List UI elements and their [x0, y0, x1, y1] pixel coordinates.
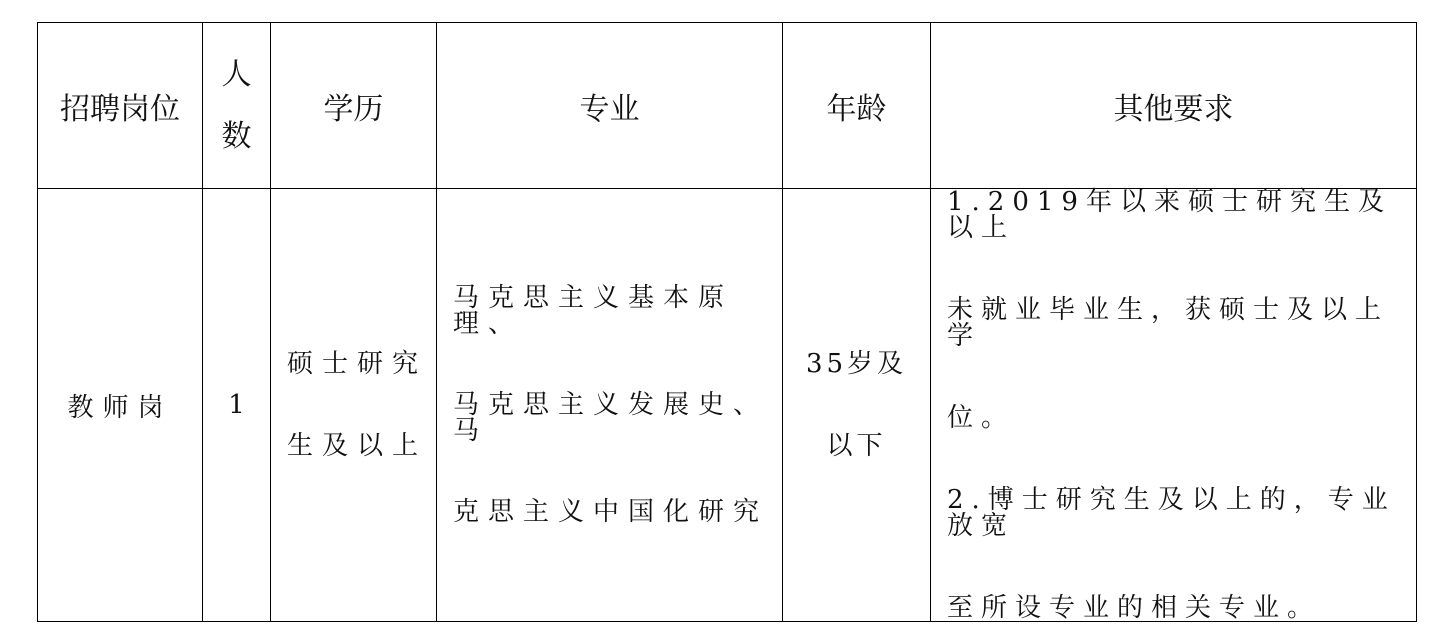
major-line: 马克思主义基本原理、	[453, 285, 782, 337]
major-line: 克思主义中国化研究	[453, 499, 768, 525]
requirement-line: 1.2019年以来硕士研究生及以上	[947, 189, 1416, 241]
header-other: 其他要求	[931, 23, 1417, 189]
cell-age: 35岁及 以下	[783, 189, 931, 622]
major-line: 马克思主义发展史、马	[453, 392, 782, 444]
table-header-row: 招聘岗位 人 数 学历 专业 年龄 其他要求	[38, 23, 1417, 189]
header-count-char: 数	[222, 122, 252, 152]
table-row: 教师岗 1 硕士研究 生及以上 马克思主义基本原理、 马克思主义发展史、马 克思…	[38, 189, 1417, 622]
requirement-line: 至所设专业的相关专业。	[947, 595, 1321, 621]
header-count-char: 人	[222, 60, 252, 90]
education-line: 硕士研究	[287, 351, 427, 377]
requirement-line: 位。	[947, 405, 1015, 431]
age-line: 以下	[826, 433, 886, 459]
header-major: 专业	[437, 23, 783, 189]
cell-other-requirements: 1.2019年以来硕士研究生及以上 未就业毕业生，获硕士及以上学 位。 2.博士…	[931, 189, 1417, 622]
header-count: 人 数	[203, 23, 271, 189]
cell-count: 1	[203, 189, 271, 622]
header-position: 招聘岗位	[38, 23, 203, 189]
cell-position: 教师岗	[38, 189, 203, 622]
requirement-line: 未就业毕业生，获硕士及以上学	[947, 297, 1416, 349]
requirement-line: 2.博士研究生及以上的，专业放宽	[947, 487, 1416, 539]
age-line: 35岁及	[806, 351, 907, 377]
header-education: 学历	[271, 23, 437, 189]
header-age: 年龄	[783, 23, 931, 189]
cell-education: 硕士研究 生及以上	[271, 189, 437, 622]
education-line: 生及以上	[287, 433, 427, 459]
cell-major: 马克思主义基本原理、 马克思主义发展史、马 克思主义中国化研究	[437, 189, 783, 622]
recruitment-table: 招聘岗位 人 数 学历 专业 年龄 其他要求 教师岗 1 硕士研究 生及以上 马…	[37, 22, 1417, 622]
